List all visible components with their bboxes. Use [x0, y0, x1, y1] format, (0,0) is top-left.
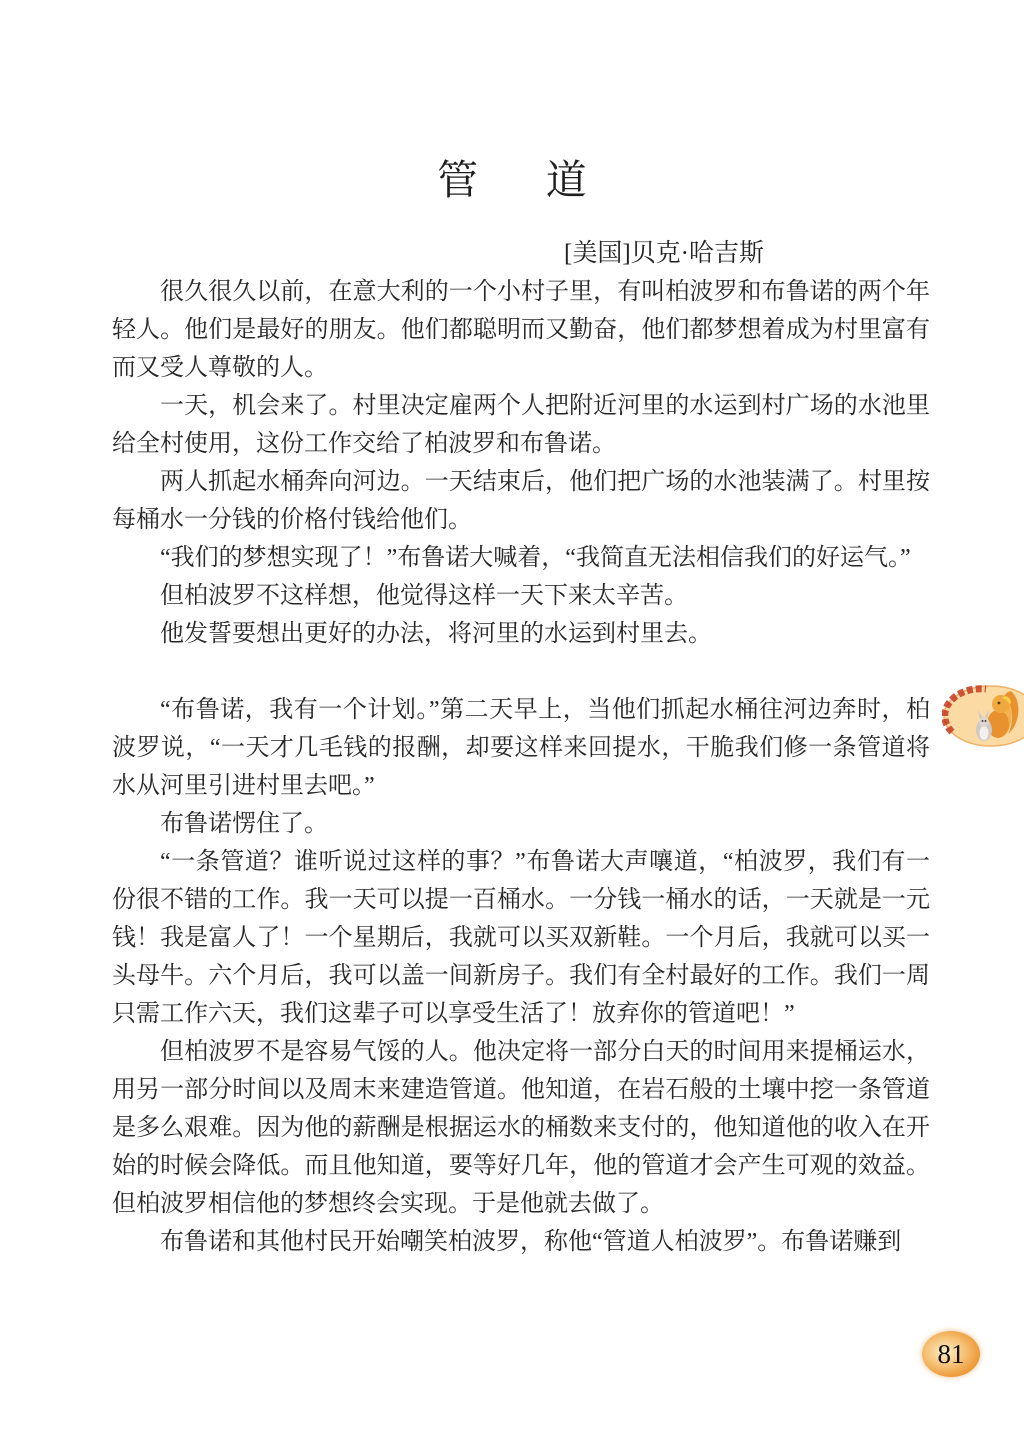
story-paragraph: 布鲁诺和其他村民开始嘲笑柏波罗，称他“管道人柏波罗”。布鲁诺赚到 [112, 1223, 930, 1261]
story-paragraph: 很久很久以前，在意大利的一个小村子里，有叫柏波罗和布鲁诺的两个年轻人。他们是最好… [112, 273, 930, 387]
squirrel-mascot-icon [942, 684, 1024, 750]
page-number-badge: 81 [922, 1331, 980, 1377]
story-paragraph: 布鲁诺愣住了。 [112, 805, 930, 843]
story-paragraph: 两人抓起水桶奔向河边。一天结束后，他们把广场的水池装满了。村里按每桶水一分钱的价… [112, 463, 930, 539]
page-title-text: 管道 [437, 157, 654, 203]
author-line: [美国]贝克·哈吉斯 [564, 237, 764, 271]
mascot-badge [942, 684, 1024, 750]
story-body: 很久很久以前，在意大利的一个小村子里，有叫柏波罗和布鲁诺的两个年轻人。他们是最好… [112, 273, 930, 1261]
story-paragraph: 但柏波罗不是容易气馁的人。他决定将一部分白天的时间用来提桶运水，用另一部分时间以… [112, 1033, 930, 1223]
story-paragraph: “布鲁诺，我有一个计划。”第二天早上，当他们抓起水桶往河边奔时，柏波罗说，“一天… [112, 691, 930, 805]
story-paragraph: 他发誓要想出更好的办法，将河里的水运到村里去。 [112, 615, 930, 653]
story-paragraph: “一条管道？谁听说过这样的事？”布鲁诺大声嚷道，“柏波罗，我们有一份很不错的工作… [112, 843, 930, 1033]
story-paragraph: “我们的梦想实现了！”布鲁诺大喊着，“我简直无法相信我们的好运气。” [112, 539, 930, 577]
story-paragraph: 一天，机会来了。村里决定雇两个人把附近河里的水运到村广场的水池里给全村使用，这份… [112, 387, 930, 463]
textbook-page: 管道 [美国]贝克·哈吉斯 很久很久以前，在意大利的一个小村子里，有叫柏波罗和布… [0, 0, 1024, 1439]
page-title: 管道 [0, 152, 1024, 208]
story-paragraph: 但柏波罗不这样想，他觉得这样一天下来太辛苦。 [112, 577, 930, 615]
page-number-text: 81 [938, 1341, 965, 1368]
